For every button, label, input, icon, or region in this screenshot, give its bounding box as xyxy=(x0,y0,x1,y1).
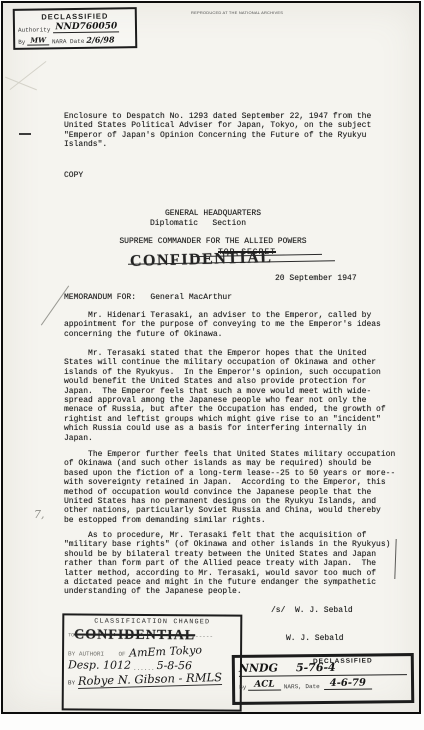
scanned-document-page: DECLASSIFIED Authority NND760050 By MW N… xyxy=(1,1,421,714)
nars-date-label: NARS, Date xyxy=(284,683,320,690)
by-authority-label: BY AUTHORI OF xyxy=(68,650,126,657)
paragraph-4: As to procedure, Mr. Terasaki felt that … xyxy=(64,531,416,597)
margin-pencil-numeral: 7, xyxy=(34,508,45,521)
declass-by-scribble: ACL xyxy=(248,679,281,690)
trailing-dashes: ----- xyxy=(195,633,213,640)
classification-changed-title: CLASSIFICATION CHANGED xyxy=(68,617,236,626)
confidential-struck-stamp: CONFIDENTIAL xyxy=(130,249,273,271)
classification-changed-stamp: CLASSIFICATION CHANGED TO CONFIDENTIAL -… xyxy=(62,613,243,711)
by-initials-scribble: MW xyxy=(27,35,49,45)
classification-strike-block: TOP SECRET CONFIDENTIAL xyxy=(130,246,340,276)
memorandum-for-line: MEMORANDUM FOR: General MacArthur xyxy=(64,293,232,302)
declassified-stamp-title: DECLASSIFIED xyxy=(18,11,132,22)
nnd-series-handwritten: NNDG xyxy=(239,661,278,674)
nars-date-handwritten: 4-6-79 xyxy=(324,677,372,690)
signature-sig-line: /s/ W. J. Sebald xyxy=(271,606,353,615)
signature-typed-name: W. J. Sebald xyxy=(286,634,344,643)
letterhead-line1: GENERAL HEADQUARTERS xyxy=(58,209,368,218)
margin-dash-mark xyxy=(19,133,31,135)
paragraph-1: Mr. Hidenari Terasaki, an adviser to the… xyxy=(64,311,414,339)
by-label-bottom: BY xyxy=(68,679,75,686)
by-label: By xyxy=(18,39,25,46)
confidential-changed-stamp-text: CONFIDENTIAL xyxy=(74,627,195,644)
authority-label: Authority xyxy=(18,26,51,33)
nara-date-label: NARA Date xyxy=(52,38,85,45)
despatch-number-handwritten: Desp. 1012 xyxy=(68,658,131,671)
authority-of-handwritten: AmEm Tokyo xyxy=(128,643,201,659)
letterhead-section: Diplomatic Section xyxy=(58,219,338,228)
nara-date-handwritten: 2/6/98 xyxy=(86,34,114,44)
declassified-stamp-bottom: DECLASSIFIED NNDG 5-76-4 By ACL NARS, Da… xyxy=(232,653,415,705)
declass-by-label: By xyxy=(239,684,246,691)
paragraph-2: Mr. Terasaki stated that the Emperor hop… xyxy=(64,349,414,443)
declassified-stamp-top: DECLASSIFIED Authority NND760050 By MW N… xyxy=(13,7,138,50)
nnd-number-handwritten: 5-76-4 xyxy=(296,661,336,674)
authority-handwritten-value: NND760050 xyxy=(53,21,119,33)
copy-label: COPY xyxy=(64,171,83,180)
changed-by-signature: Robye N. Gibson - RMLS xyxy=(78,670,223,689)
paragraph-3: The Emperor further feels that United St… xyxy=(64,450,416,525)
enclosure-note: Enclosure to Despatch No. 1293 dated Sep… xyxy=(64,112,409,150)
archives-reproduction-note: REPRODUCED AT THE NATIONAL ARCHIVES xyxy=(191,10,283,15)
document-date: 20 September 1947 xyxy=(275,274,357,283)
